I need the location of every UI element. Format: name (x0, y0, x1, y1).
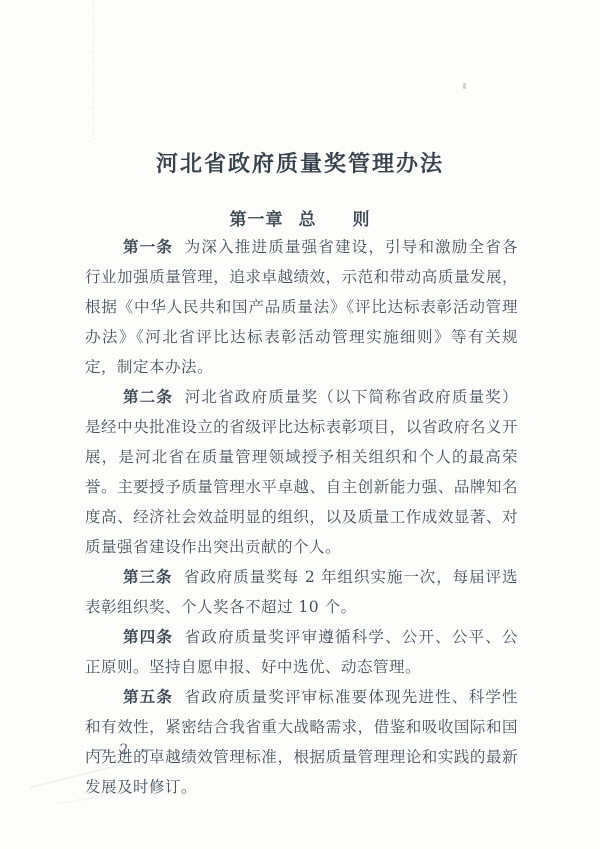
article-4-label: 第四条 (123, 628, 173, 646)
chapter-name: 总 则 (299, 210, 371, 230)
scanned-document-page: 河北省政府质量奖管理办法 第一章总 则 第一条为深入推进质量强省建设，引导和激励… (0, 0, 600, 849)
scan-artifact-speck (463, 83, 466, 89)
chapter-number: 第一章 (230, 210, 284, 230)
article-1-text: 为深入推进质量强省建设，引导和激励全省各行业加强质量管理，追求卓越绩效，示范和带… (85, 238, 518, 376)
page-number: — 2 — (93, 742, 159, 758)
article-paragraph-2: 第二条河北省政府质量奖（以下简称省政府质量奖）是经中央批准设立的省级评比达标表彰… (85, 382, 518, 562)
document-title: 河北省政府质量奖管理办法 (0, 147, 600, 178)
article-5-label: 第五条 (123, 688, 173, 706)
chapter-heading: 第一章总 则 (0, 205, 600, 230)
article-3-label: 第三条 (123, 568, 172, 586)
article-2-text: 河北省政府质量奖（以下简称省政府质量奖）是经中央批准设立的省级评比达标表彰项目，… (85, 388, 518, 556)
scan-artifact-fold-line (93, 0, 94, 140)
article-paragraph-1: 第一条为深入推进质量强省建设，引导和激励全省各行业加强质量管理，追求卓越绩效，示… (85, 232, 518, 382)
article-1-label: 第一条 (123, 238, 173, 256)
article-paragraph-3: 第三条省政府质量奖每 2 年组织实施一次，每届评选表彰组织奖、个人奖各不超过 1… (85, 562, 518, 622)
article-2-label: 第二条 (123, 388, 173, 406)
document-body: 第一条为深入推进质量强省建设，引导和激励全省各行业加强质量管理，追求卓越绩效，示… (85, 232, 518, 802)
article-paragraph-4: 第四条省政府质量奖评审遵循科学、公开、公平、公正原则。坚持自愿申报、好中选优、动… (85, 622, 518, 682)
